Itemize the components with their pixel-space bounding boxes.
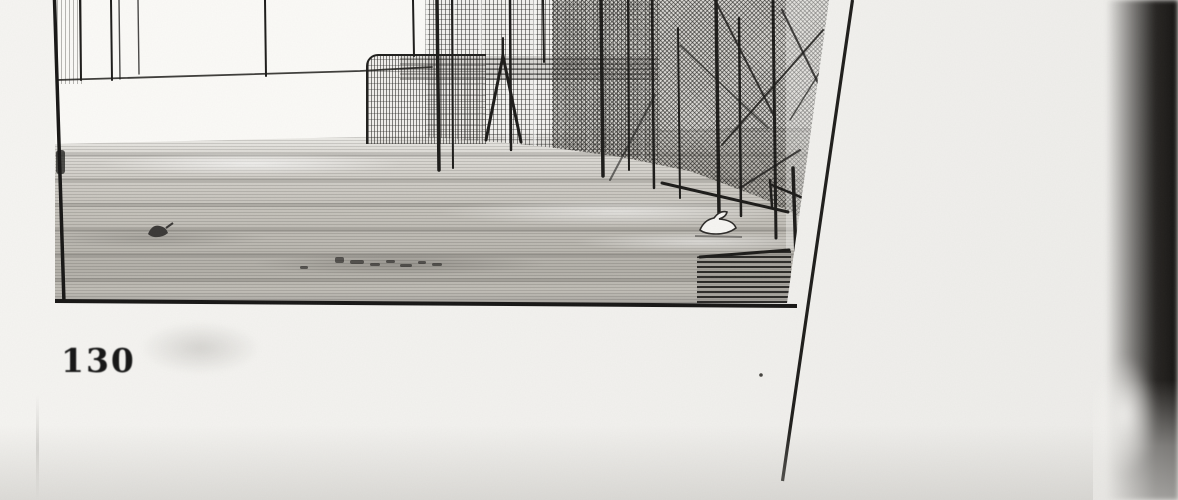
paper-grain: [0, 0, 1178, 500]
scanned-book-page: 130: [0, 0, 1178, 500]
